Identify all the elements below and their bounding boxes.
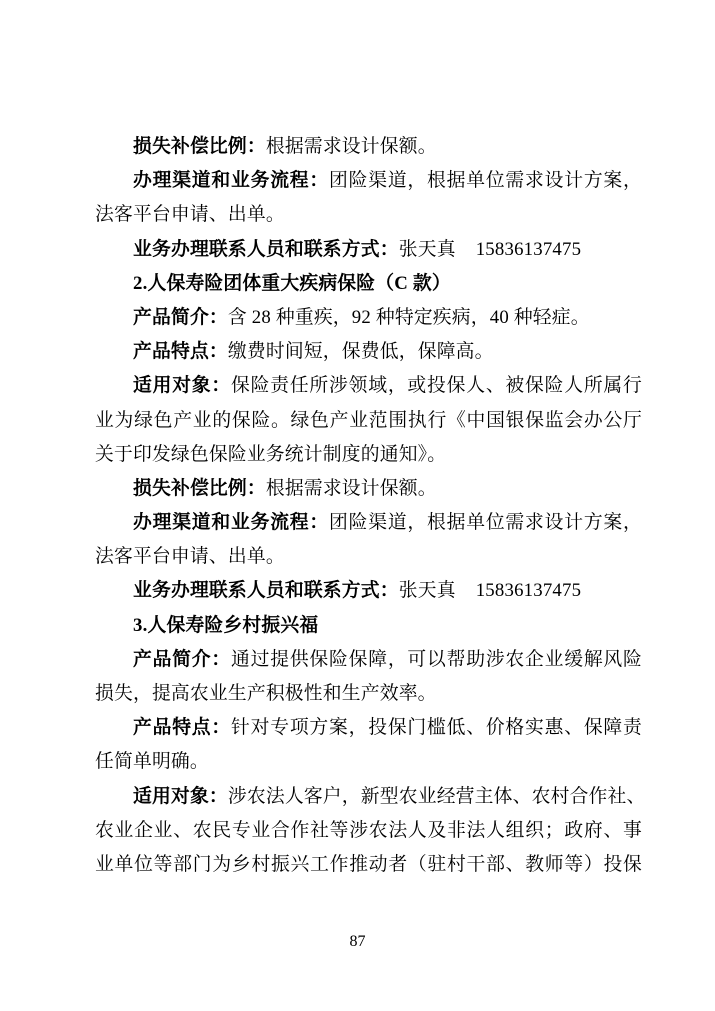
text-line: 产品特点：缴费时间短，保费低，保障高。 bbox=[95, 335, 642, 369]
line-label: 办理渠道和业务流程： bbox=[133, 512, 329, 533]
document-body: 损失补偿比例：根据需求设计保额。 办理渠道和业务流程：团险渠道，根据单位需求设计… bbox=[95, 130, 642, 882]
page-number: 87 bbox=[0, 933, 715, 951]
line-label: 损失补偿比例： bbox=[133, 478, 266, 499]
line-text: 根据需求设计保额。 bbox=[266, 136, 437, 157]
line-label: 业务办理联系人员和联系方式： bbox=[133, 580, 399, 601]
contact-phone: 15836137475 bbox=[476, 580, 582, 601]
text-line: 办理渠道和业务流程：团险渠道，根据单位需求设计方案， bbox=[95, 506, 642, 540]
text-line: 法客平台申请、出单。 bbox=[95, 540, 642, 574]
line-text: 根据需求设计保额。 bbox=[266, 478, 437, 499]
product-heading: 2.人保寿险团体重大疾病保险（C 款） bbox=[95, 267, 642, 301]
contact-line: 业务办理联系人员和联系方式：张天真15836137475 bbox=[95, 574, 642, 608]
line-text: 任简单明确。 bbox=[95, 751, 209, 772]
line-text: 保险责任所涉领域，或投保人、被保险人所属行 bbox=[231, 375, 642, 396]
text-line: 办理渠道和业务流程：团险渠道，根据单位需求设计方案， bbox=[95, 164, 642, 198]
line-label: 产品简介： bbox=[133, 649, 231, 670]
text-line: 任简单明确。 bbox=[95, 745, 642, 779]
heading-text: 3.人保寿险乡村振兴福 bbox=[133, 615, 318, 636]
line-text: 含 28 种重疾，92 种特定疾病，40 种轻症。 bbox=[228, 307, 590, 328]
text-line: 农业企业、农民专业合作社等涉农法人及非法人组织；政府、事 bbox=[95, 814, 642, 848]
contact-phone: 15836137475 bbox=[476, 239, 582, 260]
contact-name: 张天真 bbox=[399, 239, 456, 260]
line-label: 产品简介： bbox=[133, 307, 228, 328]
contact-line: 业务办理联系人员和联系方式：张天真15836137475 bbox=[95, 233, 642, 267]
heading-text: 2.人保寿险团体重大疾病保险（C 款） bbox=[133, 273, 451, 294]
line-label: 业务办理联系人员和联系方式： bbox=[133, 239, 399, 260]
line-label: 产品特点： bbox=[133, 717, 231, 738]
line-text: 团险渠道，根据单位需求设计方案， bbox=[329, 170, 642, 191]
text-line: 适用对象：保险责任所涉领域，或投保人、被保险人所属行 bbox=[95, 369, 642, 403]
line-label: 适用对象： bbox=[133, 786, 228, 807]
line-text: 涉农法人客户，新型农业经营主体、农村合作社、 bbox=[228, 786, 646, 807]
line-label: 适用对象： bbox=[133, 375, 231, 396]
line-text: 农业企业、农民专业合作社等涉农法人及非法人组织；政府、事 bbox=[95, 820, 642, 841]
line-label: 办理渠道和业务流程： bbox=[133, 170, 329, 191]
text-line: 损失补偿比例：根据需求设计保额。 bbox=[95, 130, 642, 164]
product-heading: 3.人保寿险乡村振兴福 bbox=[95, 609, 642, 643]
contact-name: 张天真 bbox=[399, 580, 456, 601]
text-line: 产品简介：含 28 种重疾，92 种特定疾病，40 种轻症。 bbox=[95, 301, 642, 335]
line-label: 损失补偿比例： bbox=[133, 136, 266, 157]
line-text: 法客平台申请、出单。 bbox=[95, 546, 285, 567]
line-text: 针对专项方案，投保门槛低、价格实惠、保障责 bbox=[231, 717, 642, 738]
text-line: 产品简介：通过提供保险保障，可以帮助涉农企业缓解风险 bbox=[95, 643, 642, 677]
line-text: 业单位等部门为乡村振兴工作推动者（驻村干部、教师等）投保 bbox=[95, 854, 642, 875]
line-label: 产品特点： bbox=[133, 341, 228, 362]
line-text: 通过提供保险保障，可以帮助涉农企业缓解风险 bbox=[231, 649, 642, 670]
text-line: 损失，提高农业生产积极性和生产效率。 bbox=[95, 677, 642, 711]
line-text: 法客平台申请、出单。 bbox=[95, 204, 285, 225]
text-line: 关于印发绿色保险业务统计制度的通知》。 bbox=[95, 438, 642, 472]
text-line: 业单位等部门为乡村振兴工作推动者（驻村干部、教师等）投保 bbox=[95, 848, 642, 882]
text-line: 业为绿色产业的保险。绿色产业范围执行《中国银保监会办公厅 bbox=[95, 404, 642, 438]
text-line: 适用对象：涉农法人客户，新型农业经营主体、农村合作社、 bbox=[95, 780, 642, 814]
text-line: 损失补偿比例：根据需求设计保额。 bbox=[95, 472, 642, 506]
document-page: 损失补偿比例：根据需求设计保额。 办理渠道和业务流程：团险渠道，根据单位需求设计… bbox=[0, 0, 715, 1011]
line-text: 团险渠道，根据单位需求设计方案， bbox=[329, 512, 642, 533]
text-line: 产品特点：针对专项方案，投保门槛低、价格实惠、保障责 bbox=[95, 711, 642, 745]
text-line: 法客平台申请、出单。 bbox=[95, 198, 642, 232]
line-text: 关于印发绿色保险业务统计制度的通知》。 bbox=[95, 444, 446, 465]
line-text: 业为绿色产业的保险。绿色产业范围执行《中国银保监会办公厅 bbox=[95, 410, 642, 431]
line-text: 损失，提高农业生产积极性和生产效率。 bbox=[95, 683, 437, 704]
line-text: 缴费时间短，保费低，保障高。 bbox=[228, 341, 494, 362]
